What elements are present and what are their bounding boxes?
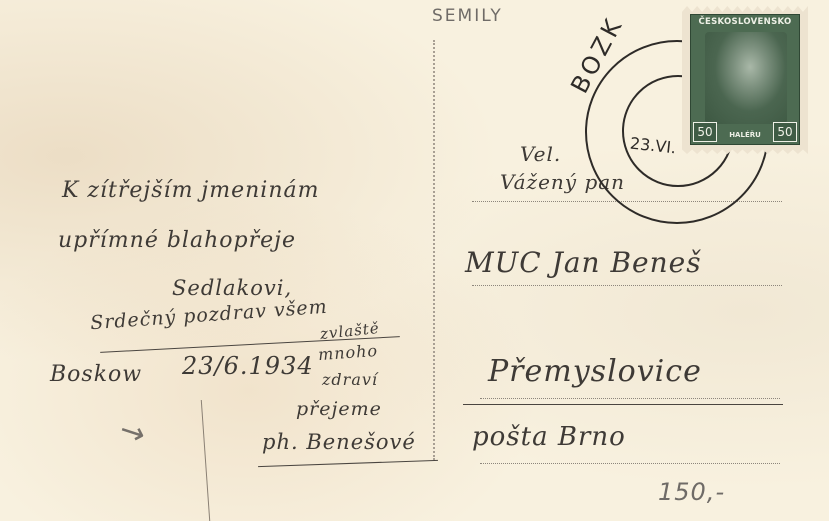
pencil-note-top: SEMILY (432, 6, 503, 26)
stamp-frame: ČESKOSLOVENSKO 50 HALÉŘU 50 (690, 14, 800, 145)
address-line-4 (480, 463, 780, 464)
stamp-country: ČESKOSLOVENSKO (691, 17, 799, 27)
message-line-4: Srdečný pozdrav všem (90, 296, 329, 335)
address-line-2 (472, 285, 782, 286)
stamp-portrait-icon (705, 32, 787, 124)
stamp-value-right: 50 (773, 122, 797, 142)
side-note-4: přejeme (296, 398, 382, 420)
signature-underline (258, 460, 438, 467)
side-note-2: mnoho (317, 341, 378, 364)
message-line-2: upřímné blahopřeje (58, 228, 296, 253)
address-post: pošta Brno (472, 422, 626, 452)
side-note-3: zdraví (322, 370, 378, 389)
pencil-arrow-icon: → (115, 412, 150, 453)
paper-tear (201, 400, 230, 521)
message-line-3: Sedlakovi, (172, 276, 292, 300)
message-date: 23/6.1934 (182, 352, 314, 380)
address-line-3 (480, 398, 780, 399)
address-town: Přemyslovice (488, 354, 702, 389)
center-divider (433, 40, 435, 460)
postage-stamp: ČESKOSLOVENSKO 50 HALÉŘU 50 (682, 6, 808, 154)
address-name: MUC Jan Beneš (465, 246, 702, 279)
message-line-1: K zítřejším jmeninám (62, 178, 320, 203)
message-place: Boskow (50, 362, 142, 387)
pencil-price: 150,- (658, 478, 725, 506)
side-note-1: zvlaště (319, 319, 380, 343)
postcard: SEMILY K zítřejším jmeninám upřímné blah… (0, 0, 829, 521)
town-underline (463, 404, 783, 405)
signature: ph. Benešové (262, 430, 416, 454)
address-salutation-top: Vel. (520, 142, 561, 166)
